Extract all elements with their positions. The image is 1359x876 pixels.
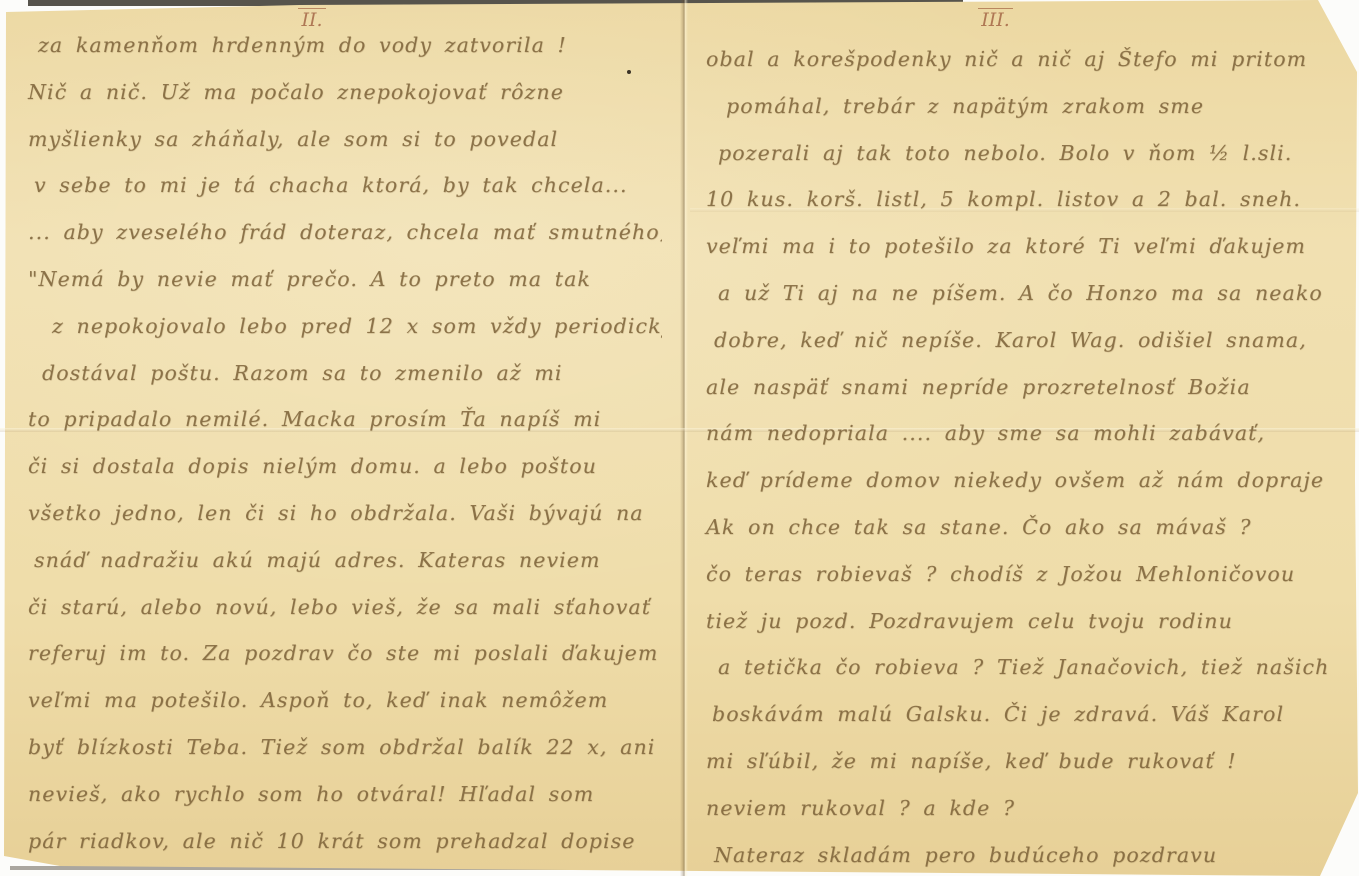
handwritten-line: pozerali aj tak toto nebolo. Bolo v ňom … [700, 130, 1345, 177]
handwritten-line: referuj im to. Za pozdrav čo ste mi posl… [22, 630, 662, 677]
letter-page-left: II. za kamenňom hrdenným do vody zatvori… [22, 0, 662, 876]
page-number-right: III. [673, 8, 1318, 31]
letter-scan: II. za kamenňom hrdenným do vody zatvori… [0, 0, 1359, 876]
handwritten-line: čo teras robievaš ? chodíš z Jožou Mehlo… [700, 551, 1345, 598]
handwritten-line: ale naspäť snami nepríde prozretelnosť B… [700, 364, 1345, 411]
handwritten-line: myšlienky sa zháňaly, ale som si to pove… [22, 116, 662, 163]
handwritten-line: dostával poštu. Razom sa to zmenilo až m… [22, 350, 662, 397]
handwritten-line: a tetička čo robieva ? Tiež Janačovich, … [700, 644, 1345, 691]
handwritten-text-block: obal a korešpodenky nič a nič aj Štefo m… [700, 36, 1345, 876]
handwritten-line: byť blízkosti Teba. Tiež som obdržal bal… [22, 724, 662, 771]
handwritten-text-block: za kamenňom hrdenným do vody zatvorila !… [22, 22, 662, 864]
handwritten-line: obal a korešpodenky nič a nič aj Štefo m… [700, 36, 1345, 83]
handwritten-line: či starú, alebo novú, lebo vieš, že sa m… [22, 584, 662, 631]
center-fold-crease [680, 0, 688, 876]
handwritten-line: z nepokojovalo lebo pred 12 x som vždy p… [22, 303, 662, 350]
handwritten-line: keď prídeme domov niekedy ovšem až nám d… [700, 457, 1345, 504]
handwritten-line: "Nemá by nevie mať prečo. A to preto ma … [22, 256, 662, 303]
handwritten-line: a už Ti aj na ne píšem. A čo Honzo ma sa… [700, 270, 1345, 317]
handwritten-line: v sebe to mi je tá chacha ktorá, by tak … [22, 162, 662, 209]
handwritten-line: snáď nadražiu akú majú adres. Kateras ne… [22, 537, 662, 584]
handwritten-line: veľmi ma potešilo. Aspoň to, keď inak ne… [22, 677, 662, 724]
handwritten-line: nevieš, ako rychlo som ho otváral! Hľada… [22, 771, 662, 818]
handwritten-line: neviem rukoval ? a kde ? [700, 785, 1345, 832]
handwritten-line: Nateraz skladám pero budúceho pozdravu [700, 832, 1345, 876]
handwritten-line: nám nedopriala .... aby sme sa mohli zab… [700, 410, 1345, 457]
handwritten-line: Nič a nič. Už ma počalo znepokojovať rôz… [22, 69, 662, 116]
handwritten-line: 10 kus. korš. listl, 5 kompl. listov a 2… [700, 176, 1345, 223]
handwritten-line: či si dostala dopis nielým domu. a lebo … [22, 443, 662, 490]
handwritten-line: tiež ju pozd. Pozdravujem celu tvoju rod… [700, 598, 1345, 645]
letter-page-right: III. obal a korešpodenky nič a nič aj Št… [700, 0, 1345, 876]
handwritten-line: dobre, keď nič nepíše. Karol Wag. odišie… [700, 317, 1345, 364]
handwritten-line: mi sľúbil, že mi napíše, keď bude rukova… [700, 738, 1345, 785]
handwritten-line: veľmi ma i to potešilo za ktoré Ti veľmi… [700, 223, 1345, 270]
handwritten-line: za kamenňom hrdenným do vody zatvorila ! [22, 22, 662, 69]
handwritten-line: to pripadalo nemilé. Macka prosím Ťa nap… [22, 396, 662, 443]
handwritten-line: pár riadkov, ale nič 10 krát som prehadz… [22, 818, 662, 865]
handwritten-line: ... aby zveselého frád doteraz, chcela m… [22, 209, 662, 256]
handwritten-line: všetko jedno, len či si ho obdržala. Vaš… [22, 490, 662, 537]
handwritten-line: pomáhal, trebár z napätým zrakom sme [700, 83, 1345, 130]
page-number-numeral: III. [978, 8, 1013, 31]
handwritten-line: boskávám malú Galsku. Či je zdravá. Váš … [700, 691, 1345, 738]
handwritten-line: Ak on chce tak sa stane. Čo ako sa mávaš… [700, 504, 1345, 551]
